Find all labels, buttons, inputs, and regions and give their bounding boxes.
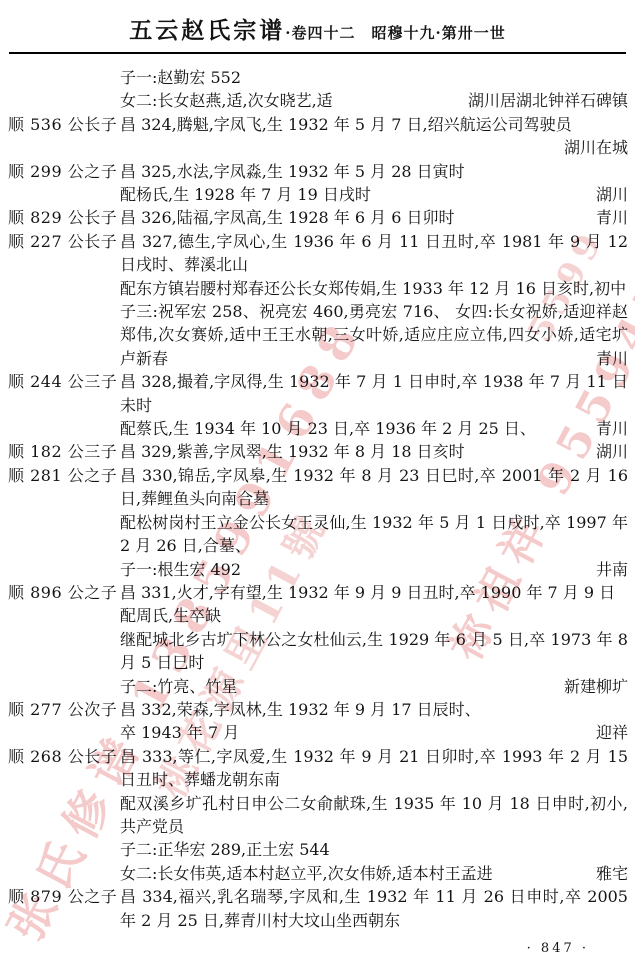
entry-label [8, 792, 120, 839]
entry-label: 顺 896 公之子 [8, 581, 120, 604]
entry-row: 顺 536 公长子昌 324,腾魁,字凤飞,生 1932 年 5 月 7 日,绍… [8, 113, 628, 136]
entry-row: 配杨氏,生 1928 年 7 月 19 日戌时湖川 [8, 183, 628, 206]
entry-row: 配蔡氏,生 1934 年 10 月 23 日,卒 1936 年 2 月 25 日… [8, 417, 628, 440]
entry-content: 昌 324,腾魁,字凤飞,生 1932 年 5 月 7 日,绍兴航运公司驾驶员 [120, 113, 628, 136]
entry-text: 昌 332,荣森,字凤林,生 1932 年 9 月 17 日辰时、 [120, 700, 481, 719]
entry-row: 子一:根生宏 492井南 [8, 558, 628, 581]
entry-label [8, 277, 120, 300]
entry-text: 女二:长女伟英,适本村赵立平,次女伟娇,适本村王孟进 [120, 864, 493, 883]
entry-text: 子二:正华宏 289,正土宏 544 [120, 840, 330, 859]
page-header: 五云赵氏宗谱·卷四十二 昭穆十九·第卅一世 [0, 0, 635, 45]
entry-row: 继配城北乡古圹下林公之女杜仙云,生 1929 年 6 月 5 日,卒 1973 … [8, 628, 628, 675]
entry-content: 昌 328,撮着,字凤得,生 1932 年 7 月 1 日申时,卒 1938 年… [120, 370, 628, 417]
entry-place: 湖川 [596, 183, 628, 206]
volume-subtitle: ·卷四十二 昭穆十九·第卅一世 [285, 24, 505, 42]
entry-place: 青川 [596, 347, 628, 370]
entry-label [8, 628, 120, 675]
entry-row: 配东方镇岩腰村郑春还公长女郑传娟,生 1933 年 12 月 16 日亥时,初中 [8, 277, 628, 300]
entry-label: 顺 829 公长子 [8, 206, 120, 229]
entry-label [8, 558, 120, 581]
entry-content: 配东方镇岩腰村郑春还公长女郑传娟,生 1933 年 12 月 16 日亥时,初中 [120, 277, 628, 300]
entry-text: 子二:竹亮、竹星 [120, 677, 237, 696]
entry-text: 昌 327,德生,字凤心,生 1936 年 6 月 11 日丑时,卒 1981 … [120, 232, 628, 274]
entry-label: 顺 536 公长子 [8, 113, 120, 136]
entry-row: 子三:祝军宏 258、祝亮宏 460,勇亮宏 716、 女四:长女祝娇,适迎祥赵… [8, 300, 628, 370]
entry-content: 子二:竹亮、竹星新建柳圹 [120, 675, 628, 698]
genealogy-page: 祢祖祥 95594599张氏修谱 1385991688桃花源里11號5599 五… [0, 0, 635, 968]
entry-label: 顺 281 公之子 [8, 464, 120, 511]
entry-content: 继配城北乡古圹下林公之女杜仙云,生 1929 年 6 月 5 日,卒 1973 … [120, 628, 628, 675]
entry-place: 迎祥 [596, 721, 628, 744]
entry-place: 青川 [596, 417, 628, 440]
entry-content: 卒 1943 年 7 月迎祥 [120, 721, 628, 744]
entry-content: 子一:根生宏 492井南 [120, 558, 628, 581]
entry-content: 配松树岗村王立金公长女王灵仙,生 1932 年 5 月 1 日戌时,卒 1997… [120, 511, 628, 558]
entry-row: 顺 829 公长子昌 326,陆福,字凤高,生 1928 年 6 月 6 日卯时… [8, 206, 628, 229]
entry-content: 子一:赵勤宏 552 [120, 66, 628, 89]
entry-content: 配蔡氏,生 1934 年 10 月 23 日,卒 1936 年 2 月 25 日… [120, 417, 628, 440]
entry-content: 昌 331,火才,字有望,生 1932 年 9 月 9 日丑时,卒 1990 年… [120, 581, 628, 604]
entry-text: 昌 328,撮着,字凤得,生 1932 年 7 月 1 日申时,卒 1938 年… [120, 372, 628, 414]
entry-text: 继配城北乡古圹下林公之女杜仙云,生 1929 年 6 月 5 日,卒 1973 … [120, 630, 628, 672]
entry-content: 女二:长女赵燕,适,次女晓艺,适湖川居湖北钟祥石碑镇 [120, 89, 628, 112]
entry-label [8, 721, 120, 744]
entry-content: 昌 325,水法,字凤淼,生 1932 年 5 月 28 日寅时 [120, 160, 628, 183]
entry-place: 青川 [596, 206, 628, 229]
entry-row: 顺 268 公长子昌 333,等仁,字凤爱,生 1932 年 9 月 21 日卯… [8, 745, 628, 792]
entry-place: 新建柳圹 [564, 675, 628, 698]
entry-label [8, 604, 120, 627]
entry-content: 昌 326,陆福,字凤高,生 1928 年 6 月 6 日卯时青川 [120, 206, 628, 229]
entry-place: 井南 [596, 558, 628, 581]
entry-content: 子二:正华宏 289,正土宏 544 [120, 838, 628, 861]
entry-content: 子三:祝军宏 258、祝亮宏 460,勇亮宏 716、 女四:长女祝娇,适迎祥赵… [120, 300, 628, 370]
entry-content: 昌 329,紫善,字凤翠,生 1932 年 8 月 18 日亥时湖川 [120, 440, 628, 463]
entry-label [8, 300, 120, 370]
entry-row: 顺 182 公三子昌 329,紫善,字凤翠,生 1932 年 8 月 18 日亥… [8, 440, 628, 463]
entry-row: 顺 277 公次子昌 332,荣森,字凤林,生 1932 年 9 月 17 日辰… [8, 698, 628, 721]
entry-text: 昌 324,腾魁,字凤飞,生 1932 年 5 月 7 日,绍兴航运公司驾驶员 [120, 115, 572, 134]
entry-row: 子二:正华宏 289,正土宏 544 [8, 838, 628, 861]
entry-row: 湖川在城 [8, 136, 628, 159]
entry-row: 子二:竹亮、竹星新建柳圹 [8, 675, 628, 698]
entry-place: 湖川在城 [564, 136, 628, 159]
entry-text: 昌 333,等仁,字凤爱,生 1932 年 9 月 21 日卯时,卒 1993 … [120, 747, 628, 789]
entry-label [8, 511, 120, 558]
entry-text: 女二:长女赵燕,适,次女晓艺,适 [120, 91, 333, 110]
entry-content: 女二:长女伟英,适本村赵立平,次女伟娇,适本村王孟进雅宅 [120, 862, 628, 885]
entry-text: 配双溪乡圹孔村日申公二女俞献珠,生 1935 年 10 月 18 日申时,初小,… [120, 794, 628, 836]
entry-place: 湖川居湖北钟祥石碑镇 [468, 89, 628, 112]
entry-label [8, 66, 120, 89]
page-number: · 847 · [527, 941, 589, 956]
entry-label: 顺 277 公次子 [8, 698, 120, 721]
entry-row: 子一:赵勤宏 552 [8, 66, 628, 89]
entry-text: 昌 325,水法,字凤淼,生 1932 年 5 月 28 日寅时 [120, 162, 465, 181]
entry-text: 昌 334,福兴,乳名瑞琴,字凤和,生 1932 年 11 月 26 日申时,卒… [120, 887, 628, 929]
entry-row: 配双溪乡圹孔村日申公二女俞献珠,生 1935 年 10 月 18 日申时,初小,… [8, 792, 628, 839]
book-title: 五云赵氏宗谱 [129, 17, 285, 44]
entries-list: 子一:赵勤宏 552女二:长女赵燕,适,次女晓艺,适湖川居湖北钟祥石碑镇顺 53… [0, 54, 635, 932]
entry-content: 配双溪乡圹孔村日申公二女俞献珠,生 1935 年 10 月 18 日申时,初小,… [120, 792, 628, 839]
entry-row: 女二:长女伟英,适本村赵立平,次女伟娇,适本村王孟进雅宅 [8, 862, 628, 885]
entry-content: 昌 327,德生,字凤心,生 1936 年 6 月 11 日丑时,卒 1981 … [120, 230, 628, 277]
entry-text: 卒 1943 年 7 月 [120, 723, 239, 742]
entry-row: 顺 879 公之子昌 334,福兴,乳名瑞琴,字凤和,生 1932 年 11 月… [8, 885, 628, 932]
entry-text: 昌 330,锦岳,字凤皋,生 1932 年 8 月 23 日巳时,卒 2001 … [120, 466, 628, 508]
entry-text: 子一:赵勤宏 552 [120, 68, 241, 87]
entry-text: 子一:根生宏 492 [120, 560, 241, 579]
entry-content: 昌 333,等仁,字凤爱,生 1932 年 9 月 21 日卯时,卒 1993 … [120, 745, 628, 792]
entry-label [8, 675, 120, 698]
entry-row: 卒 1943 年 7 月迎祥 [8, 721, 628, 744]
entry-text: 昌 329,紫善,字凤翠,生 1932 年 8 月 18 日亥时 [120, 442, 465, 461]
entry-content: 湖川在城 [120, 136, 628, 159]
entry-text: 配周氏,生卒缺 [120, 606, 221, 625]
entry-label [8, 183, 120, 206]
entry-label [8, 838, 120, 861]
entry-row: 顺 244 公三子昌 328,撮着,字凤得,生 1932 年 7 月 1 日申时… [8, 370, 628, 417]
entry-label: 顺 244 公三子 [8, 370, 120, 417]
entry-text: 配东方镇岩腰村郑春还公长女郑传娟,生 1933 年 12 月 16 日亥时,初中 [120, 279, 626, 298]
entry-text: 配蔡氏,生 1934 年 10 月 23 日,卒 1936 年 2 月 25 日… [120, 419, 536, 438]
entry-row: 顺 299 公之子昌 325,水法,字凤淼,生 1932 年 5 月 28 日寅… [8, 160, 628, 183]
entry-label [8, 89, 120, 112]
entry-row: 顺 281 公之子昌 330,锦岳,字凤皋,生 1932 年 8 月 23 日巳… [8, 464, 628, 511]
entry-text: 配松树岗村王立金公长女王灵仙,生 1932 年 5 月 1 日戌时,卒 1997… [120, 513, 628, 555]
entry-row: 顺 896 公之子昌 331,火才,字有望,生 1932 年 9 月 9 日丑时… [8, 581, 628, 604]
entry-label [8, 417, 120, 440]
entry-text: 昌 331,火才,字有望,生 1932 年 9 月 9 日丑时,卒 1990 年… [120, 583, 615, 602]
entry-label: 顺 879 公之子 [8, 885, 120, 932]
entry-content: 昌 330,锦岳,字凤皋,生 1932 年 8 月 23 日巳时,卒 2001 … [120, 464, 628, 511]
entry-text: 子三:祝军宏 258、祝亮宏 460,勇亮宏 716、 女四:长女祝娇,适迎祥赵… [120, 302, 628, 368]
entry-label: 顺 182 公三子 [8, 440, 120, 463]
entry-content: 配杨氏,生 1928 年 7 月 19 日戌时湖川 [120, 183, 628, 206]
entry-label [8, 136, 120, 159]
entry-label: 顺 227 公长子 [8, 230, 120, 277]
entry-row: 女二:长女赵燕,适,次女晓艺,适湖川居湖北钟祥石碑镇 [8, 89, 628, 112]
entry-label [8, 862, 120, 885]
entry-row: 配松树岗村王立金公长女王灵仙,生 1932 年 5 月 1 日戌时,卒 1997… [8, 511, 628, 558]
entry-content: 昌 332,荣森,字凤林,生 1932 年 9 月 17 日辰时、 [120, 698, 628, 721]
entry-content: 配周氏,生卒缺 [120, 604, 628, 627]
entry-text: 配杨氏,生 1928 年 7 月 19 日戌时 [120, 185, 371, 204]
entry-place: 雅宅 [596, 862, 628, 885]
entry-row: 配周氏,生卒缺 [8, 604, 628, 627]
entry-text: 昌 326,陆福,字凤高,生 1928 年 6 月 6 日卯时 [120, 208, 454, 227]
entry-label: 顺 268 公长子 [8, 745, 120, 792]
entry-place: 湖川 [596, 440, 628, 463]
entry-content: 昌 334,福兴,乳名瑞琴,字凤和,生 1932 年 11 月 26 日申时,卒… [120, 885, 628, 932]
entry-row: 顺 227 公长子昌 327,德生,字凤心,生 1936 年 6 月 11 日丑… [8, 230, 628, 277]
entry-label: 顺 299 公之子 [8, 160, 120, 183]
